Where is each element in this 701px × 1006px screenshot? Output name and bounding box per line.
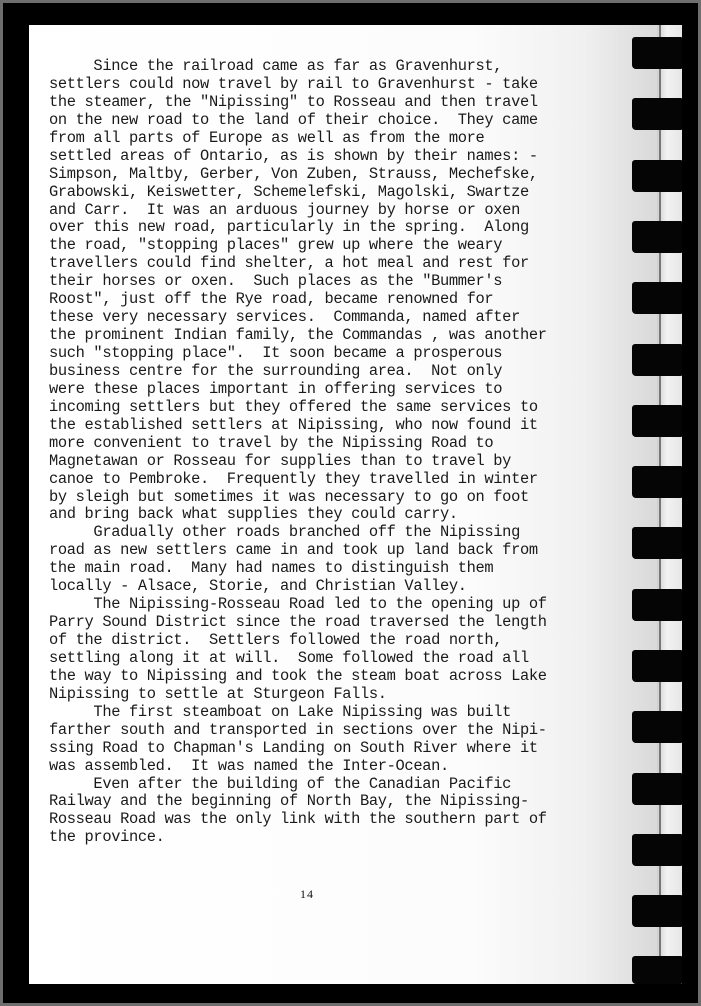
text-line: settlers could now travel by rail to Gra… [49,76,589,94]
text-line: Simpson, Maltby, Gerber, Von Zuben, Stra… [49,166,589,184]
text-line: business centre for the surrounding area… [49,363,589,381]
text-line: and Carr. It was an arduous journey by h… [49,202,589,220]
text-line: Railway and the beginning of North Bay, … [49,793,589,811]
text-line: such "stopping place". It soon became a … [49,345,589,363]
binding-tooth [632,98,682,130]
text-line: of the district. Settlers followed the r… [49,632,589,650]
binding-tooth [632,773,682,805]
binding-tooth [632,221,682,253]
text-line: road as new settlers came in and took up… [49,542,589,560]
text-line: canoe to Pembroke. Frequently they trave… [49,471,589,489]
text-line: the road, "stopping places" grew up wher… [49,237,589,255]
text-line: the established settlers at Nipissing, w… [49,417,589,435]
text-line: Magnetawan or Rosseau for supplies than … [49,453,589,471]
text-line: travellers could find shelter, a hot mea… [49,255,589,273]
text-line: incoming settlers but they offered the s… [49,399,589,417]
text-line: The Nipissing-Rosseau Road led to the op… [49,596,589,614]
binding-tooth [632,589,682,621]
text-line: their horses or oxen. Such places as the… [49,273,589,291]
text-line: Roost", just off the Rye road, became re… [49,291,589,309]
binding-tooth [632,282,682,314]
binding-tooth [632,711,682,743]
body-text: Since the railroad came as far as Graven… [49,58,589,847]
binding-tooth [632,956,682,984]
page-number: 14 [300,887,314,902]
binding-tooth [632,344,682,376]
text-line: the prominent Indian family, the Command… [49,327,589,345]
binding-tooth [632,527,682,559]
text-line: these very necessary services. Commanda,… [49,309,589,327]
binding-tooth [632,37,682,69]
text-line: the main road. Many had names to disting… [49,560,589,578]
text-line: Since the railroad came as far as Graven… [49,58,589,76]
text-line: ssing Road to Chapman's Landing on South… [49,740,589,758]
binding-tooth [632,834,682,866]
text-line: by sleigh but sometimes it was necessary… [49,489,589,507]
binding-tooth [632,466,682,498]
text-line: Grabowski, Keiswetter, Schemelefski, Mag… [49,184,589,202]
text-line: Parry Sound District since the road trav… [49,614,589,632]
text-line: was assembled. It was named the Inter-Oc… [49,758,589,776]
text-line: Nipissing to settle at Sturgeon Falls. [49,686,589,704]
document-page: Since the railroad came as far as Graven… [29,25,660,984]
text-line: over this new road, particularly in the … [49,219,589,237]
text-line: farther south and transported in section… [49,722,589,740]
text-line: and bring back what supplies they could … [49,506,589,524]
binding-tooth [632,405,682,437]
text-line: Gradually other roads branched off the N… [49,524,589,542]
text-line: The first steamboat on Lake Nipissing wa… [49,704,589,722]
binding-tooth [632,160,682,192]
text-line: from all parts of Europe as well as from… [49,130,589,148]
text-line: Rosseau Road was the only link with the … [49,811,589,829]
binding-tooth [632,895,682,927]
text-line: the province. [49,829,589,847]
text-line: on the new road to the land of their cho… [49,112,589,130]
text-line: settled areas of Ontario, as is shown by… [49,148,589,166]
text-line: Even after the building of the Canadian … [49,776,589,794]
text-line: locally - Alsace, Storie, and Christian … [49,578,589,596]
text-line: more convenient to travel by the Nipissi… [49,435,589,453]
text-line: settling along it at will. Some followed… [49,650,589,668]
binding-tooth [632,650,682,682]
text-line: were these places important in offering … [49,381,589,399]
text-line: the steamer, the "Nipissing" to Rosseau … [49,94,589,112]
text-line: the way to Nipissing and took the steam … [49,668,589,686]
